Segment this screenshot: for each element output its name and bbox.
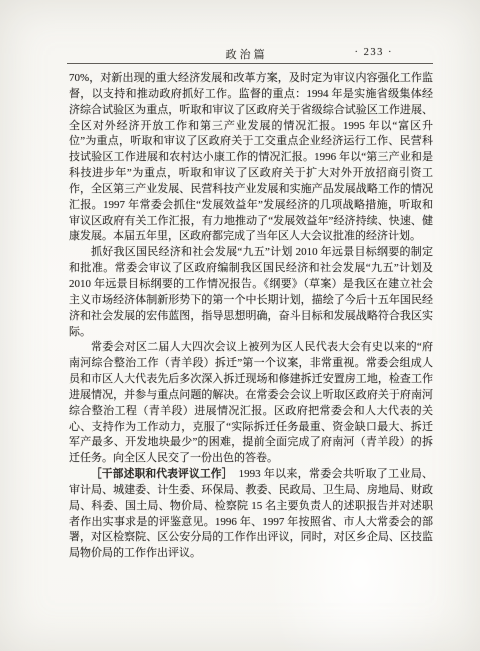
- paragraph: 70%，对新出现的重大经济发展和改革方案，及时定为审议内容强化工作监督，以支持和…: [69, 71, 433, 245]
- page-header: 政治篇 · 233 ·: [69, 46, 431, 66]
- page-number: · 233 ·: [355, 47, 394, 58]
- paragraph: ［干部述职和代表评议工作］ 1993 年以来，常委会共听取了工业局、审计局、城建…: [69, 467, 433, 562]
- entry-heading: ［干部述职和代表评议工作］: [91, 468, 227, 480]
- header-rule: [67, 63, 433, 64]
- scanned-book-page: 政治篇 · 233 · 70%，对新出现的重大经济发展和改革方案，及时定为审议内…: [0, 0, 480, 651]
- section-title: 政治篇: [226, 46, 268, 62]
- paragraph: 抓好我区国民经济和社会发展“九五”计划 2010 年远景目标纲要的制定和批准。常…: [69, 245, 433, 340]
- paragraph: 常委会对区二届人大四次会议上被列为区人民代表大会有史以来的“府南河综合整治工作（…: [69, 340, 433, 467]
- body-text: 70%，对新出现的重大经济发展和改革方案，及时定为审议内容强化工作监督，以支持和…: [69, 71, 433, 562]
